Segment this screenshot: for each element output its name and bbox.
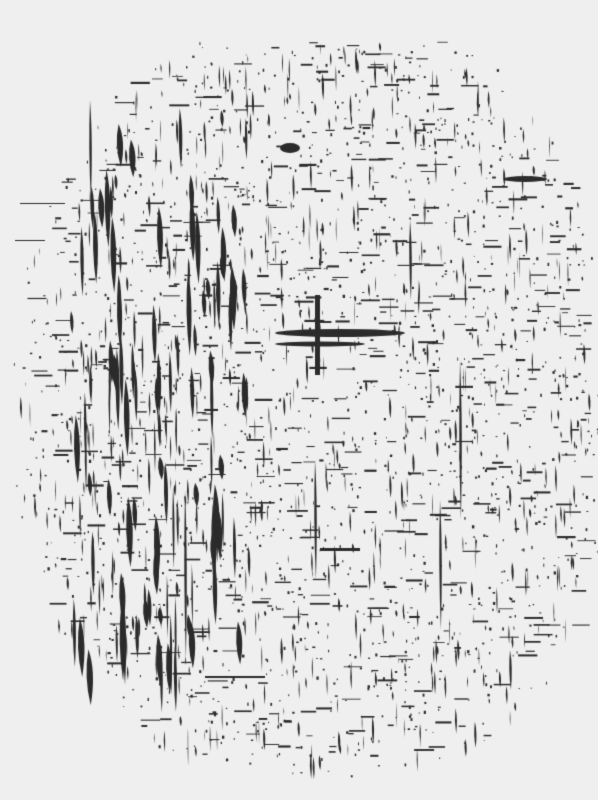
grunge-texture [0, 0, 598, 800]
